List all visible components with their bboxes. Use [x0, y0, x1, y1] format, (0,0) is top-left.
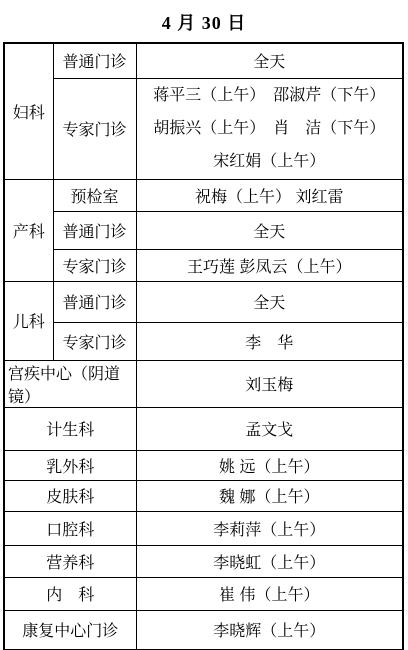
clinic-type-cell: 普通门诊	[53, 211, 136, 249]
schedule-page: 4 月 30 日 妇科 普通门诊 全天 专家门诊 蒋平三（上午） 邵淑芹（下午）…	[0, 0, 408, 650]
expert-line: 宋红娟（上午）	[137, 145, 403, 178]
row-neike: 内 科 崔 伟（上午）	[4, 577, 403, 610]
schedule-value-cell: 李晓虹（上午）	[136, 545, 403, 577]
row-fuke-putong: 妇科 普通门诊 全天	[4, 43, 403, 78]
schedule-value-cell: 刘玉梅	[136, 360, 403, 407]
row-fuke-zhuanjia: 专家门诊 蒋平三（上午） 邵淑芹（下午） 胡振兴（上午） 肖 洁（下午） 宋红娟…	[4, 78, 403, 179]
row-gongji-center: 宫疾中心（阴道镜） 刘玉梅	[4, 360, 403, 407]
clinic-type-cell: 专家门诊	[53, 249, 136, 281]
row-jisheng: 计生科 孟文戈	[4, 407, 403, 450]
schedule-value-cell: 魏 娜（上午）	[136, 480, 403, 511]
row-kangfu: 康复中心门诊 李晓辉（上午）	[4, 610, 403, 650]
schedule-table: 妇科 普通门诊 全天 专家门诊 蒋平三（上午） 邵淑芹（下午） 胡振兴（上午） …	[3, 42, 404, 650]
schedule-value-cell: 姚 远（上午）	[136, 450, 403, 480]
dept-cell: 皮肤科	[4, 480, 136, 511]
expert-line: 蒋平三（上午） 邵淑芹（下午）	[137, 79, 403, 112]
dept-cell-fuke: 妇科	[4, 43, 53, 179]
dept-cell-chanke: 产科	[4, 179, 53, 281]
schedule-value-cell: 全天	[136, 43, 403, 78]
schedule-value-cell: 崔 伟（上午）	[136, 577, 403, 610]
clinic-type-cell: 专家门诊	[53, 322, 136, 360]
dept-cell: 乳外科	[4, 450, 136, 480]
schedule-value-cell: 李 华	[136, 322, 403, 360]
schedule-value-cell: 孟文戈	[136, 407, 403, 450]
dept-cell: 营养科	[4, 545, 136, 577]
row-chanke-yujian: 产科 预检室 祝梅（上午） 刘红雷	[4, 179, 403, 211]
dept-cell: 康复中心门诊	[4, 610, 136, 650]
date-title: 4 月 30 日	[0, 9, 408, 35]
clinic-type-cell: 普通门诊	[53, 281, 136, 322]
row-erke-putong: 儿科 普通门诊 全天	[4, 281, 403, 322]
row-kouqiang: 口腔科 李莉萍（上午）	[4, 511, 403, 545]
schedule-value-cell: 全天	[136, 211, 403, 249]
row-ruwai: 乳外科 姚 远（上午）	[4, 450, 403, 480]
schedule-value-cell: 全天	[136, 281, 403, 322]
clinic-type-cell: 普通门诊	[53, 43, 136, 78]
row-chanke-zhuanjia: 专家门诊 王巧莲 彭凤云（上午）	[4, 249, 403, 281]
expert-name-lines: 蒋平三（上午） 邵淑芹（下午） 胡振兴（上午） 肖 洁（下午） 宋红娟（上午）	[137, 79, 403, 178]
row-pifu: 皮肤科 魏 娜（上午）	[4, 480, 403, 511]
dept-cell: 宫疾中心（阴道镜）	[4, 360, 136, 407]
clinic-type-cell: 预检室	[53, 179, 136, 211]
clinic-type-cell: 专家门诊	[53, 78, 136, 179]
dept-cell: 口腔科	[4, 511, 136, 545]
schedule-value-cell: 李晓辉（上午）	[136, 610, 403, 650]
schedule-value-cell: 李莉萍（上午）	[136, 511, 403, 545]
schedule-value-cell: 蒋平三（上午） 邵淑芹（下午） 胡振兴（上午） 肖 洁（下午） 宋红娟（上午）	[136, 78, 403, 179]
dept-cell: 计生科	[4, 407, 136, 450]
expert-line: 胡振兴（上午） 肖 洁（下午）	[137, 112, 403, 145]
row-yingyang: 营养科 李晓虹（上午）	[4, 545, 403, 577]
dept-cell: 内 科	[4, 577, 136, 610]
row-chanke-putong: 普通门诊 全天	[4, 211, 403, 249]
schedule-value-cell: 祝梅（上午） 刘红雷	[136, 179, 403, 211]
dept-cell-erke: 儿科	[4, 281, 53, 360]
schedule-value-cell: 王巧莲 彭凤云（上午）	[136, 249, 403, 281]
row-erke-zhuanjia: 专家门诊 李 华	[4, 322, 403, 360]
